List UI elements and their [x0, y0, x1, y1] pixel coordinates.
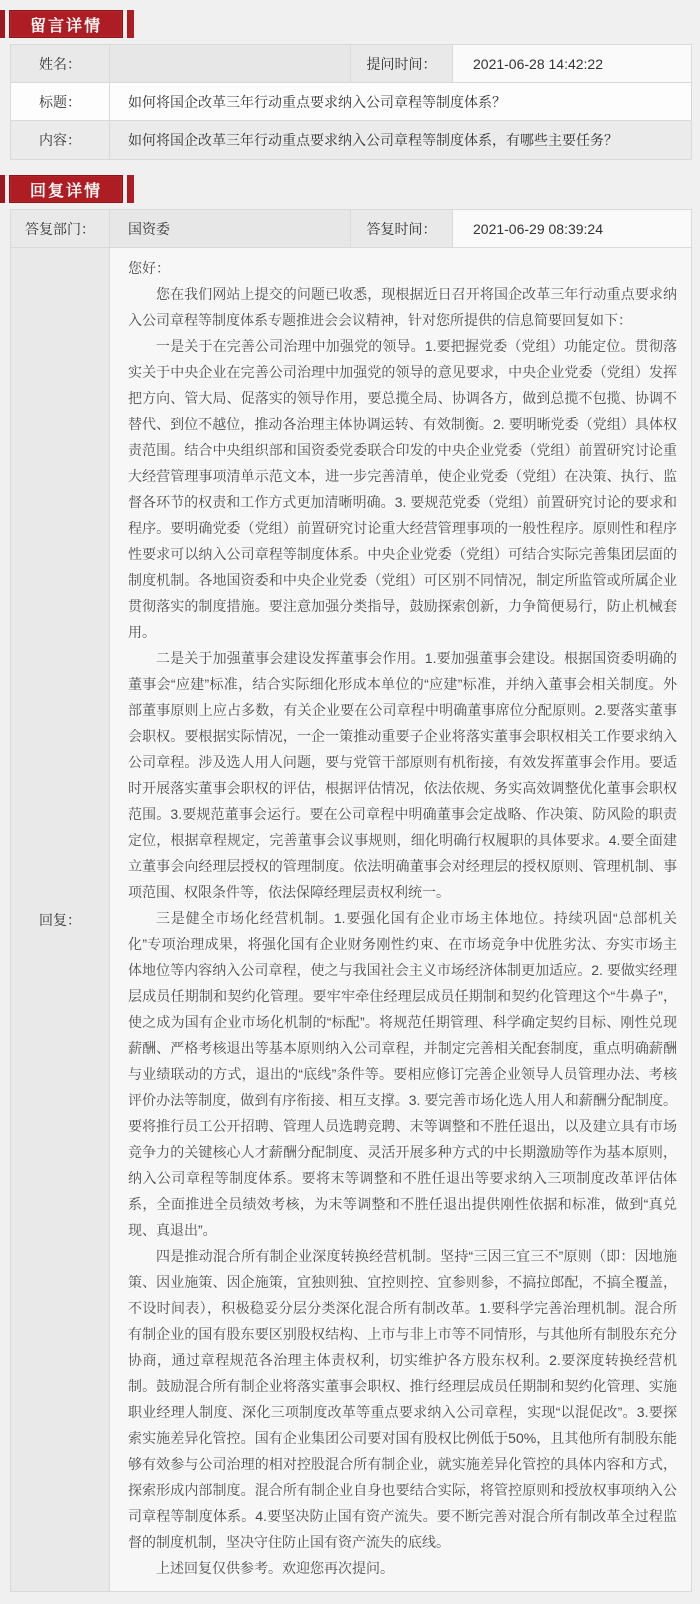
red-stripe-left: [0, 10, 5, 38]
table-row-name-time: 姓名： 提问时间： 2021-06-28 14:42:22: [11, 45, 691, 83]
reply-time-value: 2021-06-29 08:39:24: [452, 210, 691, 247]
name-value: [109, 45, 350, 82]
content-label: 内容：: [11, 121, 109, 159]
subject-label: 标题：: [11, 83, 109, 120]
ask-time-label: 提问时间：: [350, 45, 452, 82]
reply-section-title-box: 回复详情: [9, 175, 123, 203]
reply-paragraph: 二是关于加强董事会建设发挥董事会作用。1.要加强董事会建设。根据国资委明确的董事…: [128, 645, 677, 905]
red-stripe-left: [0, 175, 5, 203]
reply-paragraph: 上述回复仅供参考。欢迎您再次提问。: [128, 1555, 677, 1581]
table-row-reply: 回复： 您好： 您在我们网站上提交的问题已收悉，现根据近日召开将国企改革三年行动…: [11, 248, 691, 1591]
reply-section-title: 回复详情: [30, 178, 102, 201]
name-label: 姓名：: [11, 45, 109, 82]
reply-paragraph: 四是推动混合所有制企业深度转换经营机制。坚持“三因三宜三不”原则（即：因地施策、…: [128, 1243, 677, 1555]
reply-paragraph: 一是关于在完善公司治理中加强党的领导。1.要把握党委（党组）功能定位。贯彻落实关…: [128, 333, 677, 645]
table-row-dept-time: 答复部门： 国资委 答复时间： 2021-06-29 08:39:24: [11, 210, 691, 248]
red-stripe-right: [127, 175, 134, 203]
reply-paragraph: 三是健全市场化经营机制。1.要强化国有企业市场主体地位。持续巩固“总部机关化”专…: [128, 905, 677, 1243]
subject-value: 如何将国企改革三年行动重点要求纳入公司章程等制度体系？: [109, 83, 691, 120]
message-section-title: 留言详情: [30, 13, 102, 36]
reply-paragraph: 您在我们网站上提交的问题已收悉，现根据近日召开将国企改革三年行动重点要求纳入公司…: [128, 281, 677, 333]
table-row-content: 内容： 如何将国企改革三年行动重点要求纳入公司章程等制度体系，有哪些主要任务？: [11, 121, 691, 159]
reply-dept-label: 答复部门：: [11, 210, 109, 247]
reply-label: 回复：: [11, 248, 109, 1591]
message-detail-table: 姓名： 提问时间： 2021-06-28 14:42:22 标题： 如何将国企改…: [10, 44, 692, 160]
reply-time-label: 答复时间：: [350, 210, 452, 247]
message-section-header: 留言详情: [0, 10, 692, 38]
reply-detail-table: 答复部门： 国资委 答复时间： 2021-06-29 08:39:24 回复： …: [10, 209, 692, 1592]
message-detail-page: 留言详情 姓名： 提问时间： 2021-06-28 14:42:22 标题： 如…: [0, 10, 700, 1604]
reply-paragraph: 您好：: [128, 255, 677, 281]
reply-content: 您好： 您在我们网站上提交的问题已收悉，现根据近日召开将国企改革三年行动重点要求…: [109, 248, 691, 1591]
table-row-subject: 标题： 如何将国企改革三年行动重点要求纳入公司章程等制度体系？: [11, 83, 691, 121]
ask-time-value: 2021-06-28 14:42:22: [452, 45, 691, 82]
content-value: 如何将国企改革三年行动重点要求纳入公司章程等制度体系，有哪些主要任务？: [109, 121, 691, 159]
reply-dept-value: 国资委: [109, 210, 350, 247]
red-stripe-right: [127, 10, 134, 38]
reply-section-header: 回复详情: [0, 175, 692, 203]
message-section-title-box: 留言详情: [9, 10, 123, 38]
